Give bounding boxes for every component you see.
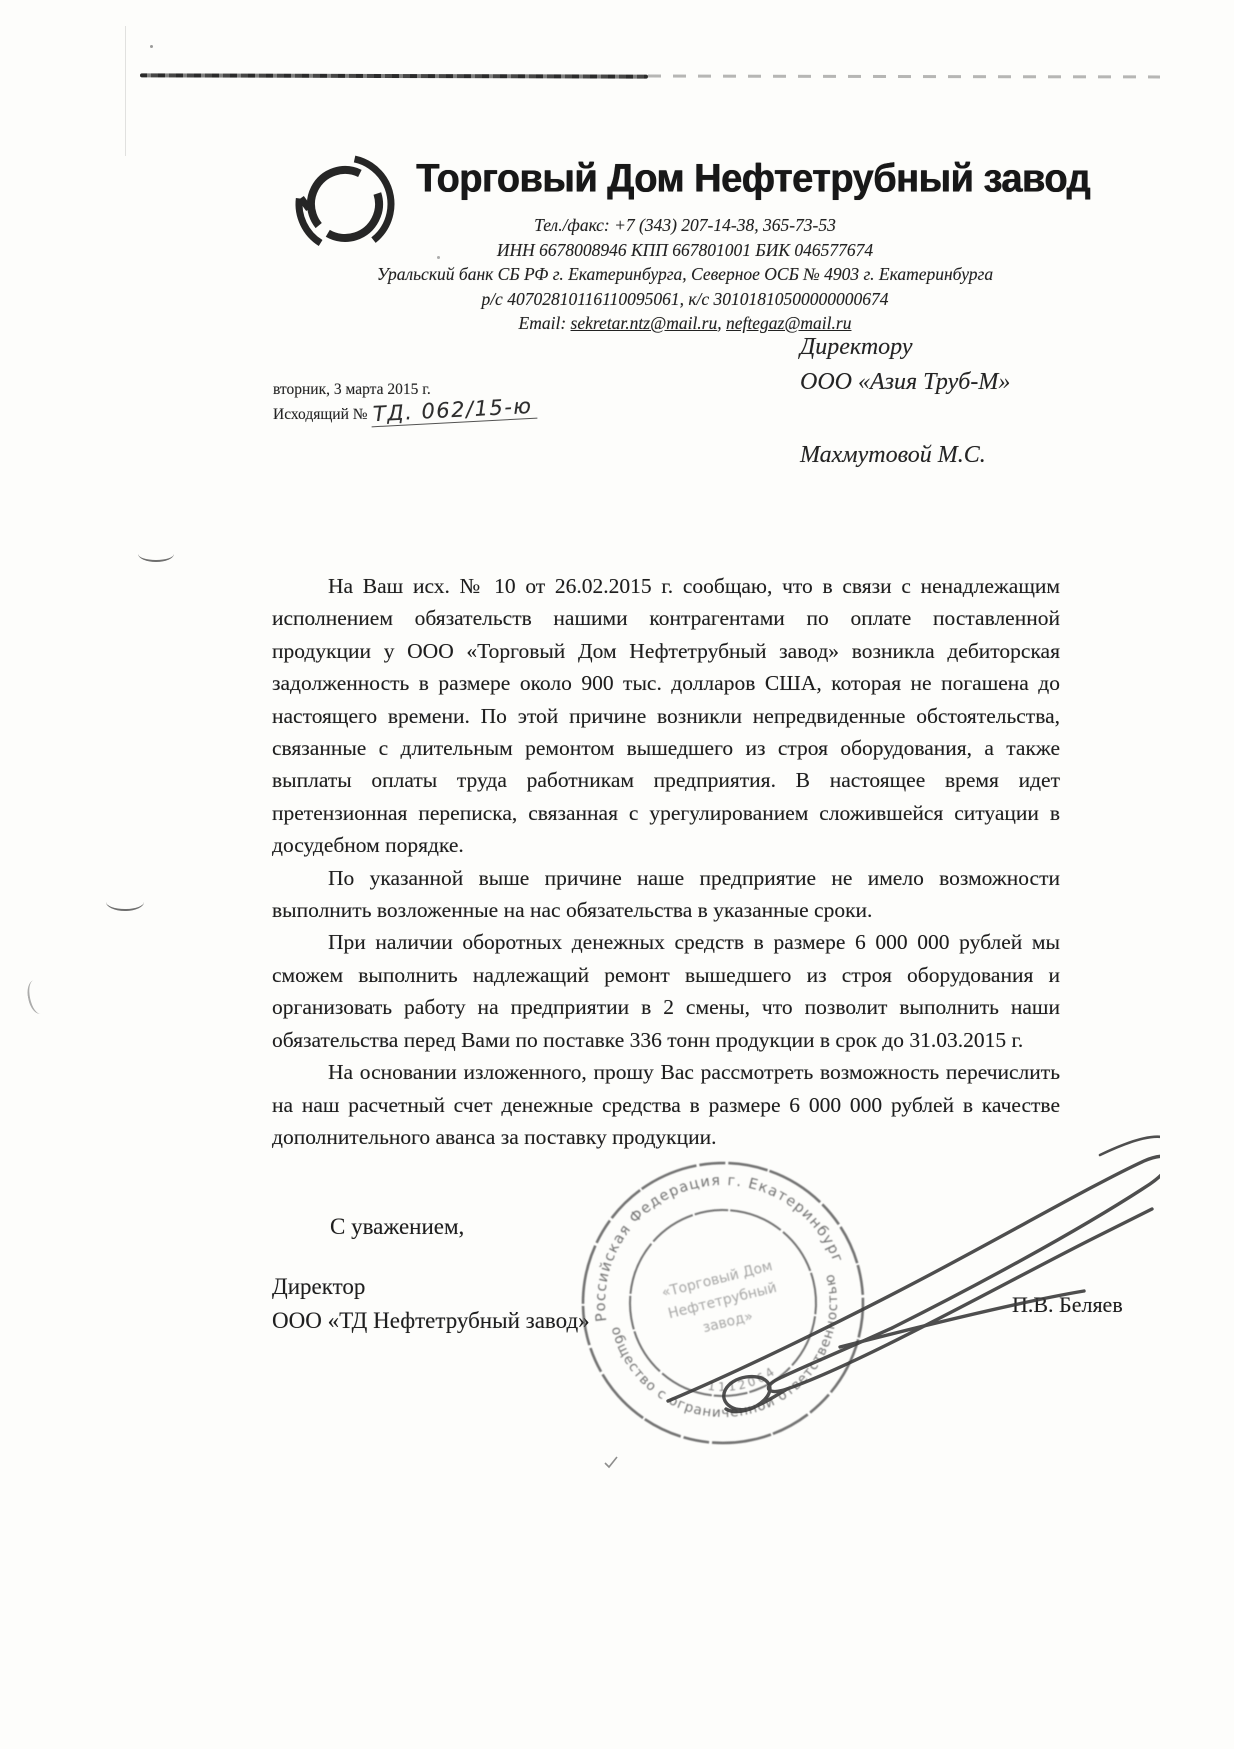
outgoing-number-row: Исходящий № ТД. 062/15-ю: [273, 401, 537, 426]
scan-artifact-arc: [138, 546, 174, 562]
scan-artifact-fold-line: [125, 26, 126, 156]
body-paragraph: На Ваш исх. № 10 от 26.02.2015 г. сообща…: [272, 570, 1060, 862]
scan-artifact-dot: [150, 45, 153, 48]
bank-line: Уральский банк СБ РФ г. Екатеринбурга, С…: [240, 262, 1130, 287]
email-separator: ,: [717, 313, 726, 333]
accounts-line: р/с 40702810116110095061, к/с 3010181050…: [240, 287, 1130, 312]
scan-artifact-line-dark: [140, 73, 648, 78]
email-label: Email:: [519, 313, 567, 333]
company-name: Торговый Дом Нефтетрубный завод: [416, 157, 1090, 202]
scan-artifact-arc: [106, 893, 144, 911]
outgoing-number-label: Исходящий №: [273, 406, 371, 423]
body-paragraph: По указанной выше причине наше предприят…: [272, 862, 1060, 927]
valediction: С уважением,: [330, 1214, 464, 1240]
tax-ids-line: ИНН 6678008946 КПП 667801001 БИК 0465776…: [240, 238, 1130, 263]
email-address-1: sekretar.ntz@mail.ru: [571, 313, 718, 333]
signature-scribble: [540, 1085, 1160, 1415]
letter-body: На Ваш исх. № 10 от 26.02.2015 г. сообща…: [272, 570, 1060, 1153]
phone-fax-line: Тел./факс: +7 (343) 207-14-38, 365-73-53: [240, 213, 1130, 238]
scanned-letter-page: Торговый Дом Нефтетрубный завод Тел./фак…: [0, 0, 1234, 1749]
addressee-company: ООО «Азия Труб-М»: [800, 365, 1010, 400]
scan-artifact-paren: [25, 979, 50, 1016]
addressee-person: Махмутовой М.С.: [800, 438, 1010, 473]
addressee-block: Директору ООО «Азия Труб-М» Махмутовой М…: [800, 330, 1010, 473]
addressee-title: Директору: [800, 330, 1010, 365]
scan-artifact-line-faint: [648, 75, 1160, 79]
body-paragraph: При наличии оборотных денежных средств в…: [272, 926, 1060, 1056]
scan-artifact-check: [604, 1456, 620, 1470]
meta-block: вторник, 3 марта 2015 г. Исходящий № ТД.…: [273, 379, 537, 426]
letterhead-contact-block: Тел./факс: +7 (343) 207-14-38, 365-73-53…: [240, 213, 1130, 336]
